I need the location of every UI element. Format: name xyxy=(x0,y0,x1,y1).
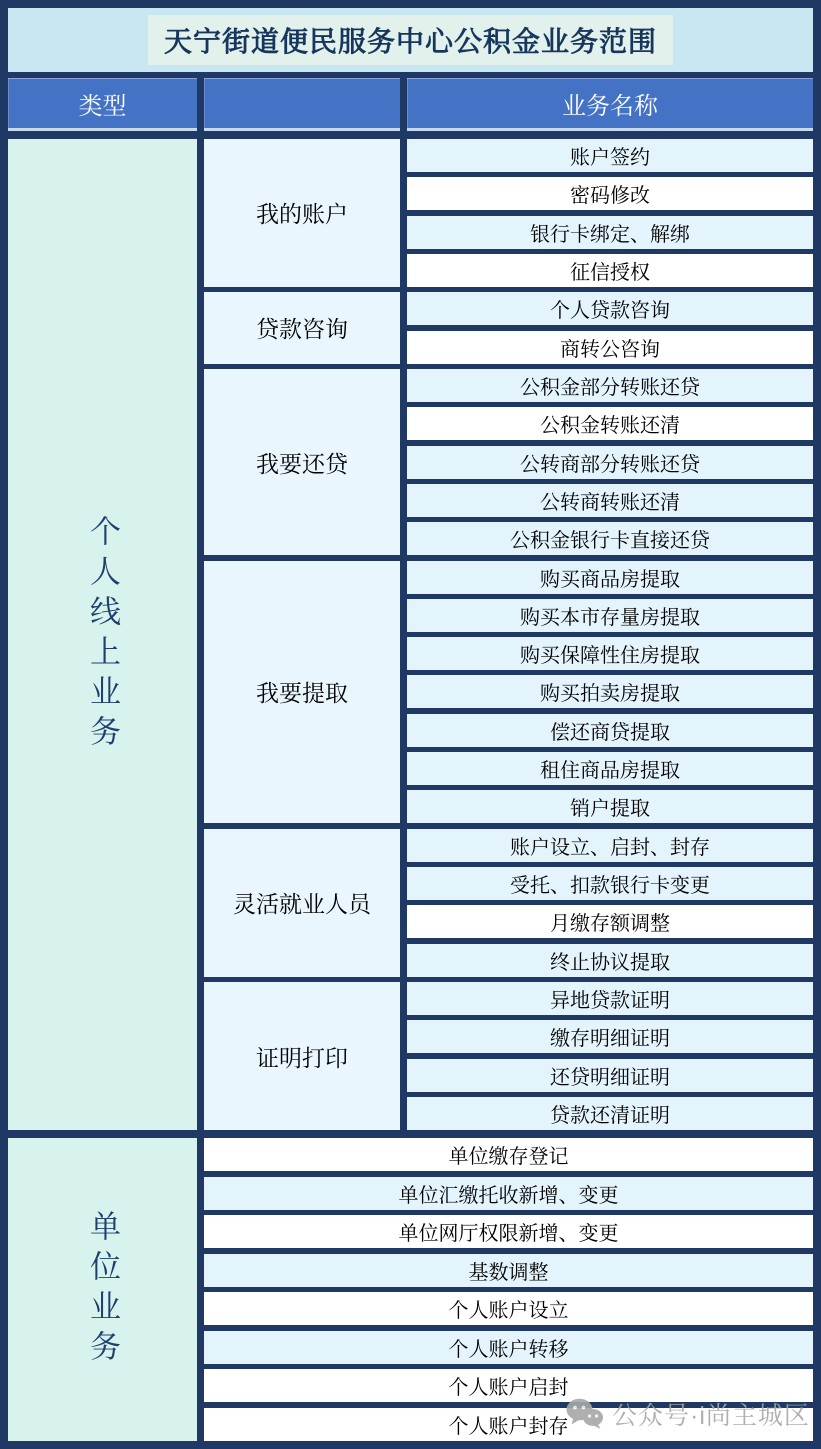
service-cell: 基数调整 xyxy=(204,1254,813,1287)
service-cell: 购买商品房提取 xyxy=(407,561,813,594)
group-withdraw: 我要提取 购买商品房提取 购买本市存量房提取 购买保障性住房提取 购买拍卖房提取… xyxy=(204,561,813,824)
service-cell: 公积金转账还清 xyxy=(407,407,813,440)
table-frame: 天宁街道便民服务中心公积金业务范围 类型 业务名称 个人线上业务 我的账户 账户… xyxy=(0,0,821,1449)
service-cell: 公积金部分转账还贷 xyxy=(407,369,813,402)
header-business-name: 业务名称 xyxy=(407,78,813,131)
service-cell: 公转商转账还清 xyxy=(407,484,813,517)
service-cell: 购买拍卖房提取 xyxy=(407,675,813,708)
watermark-text: 公众号·i尚主城区 xyxy=(612,1396,810,1432)
group-label: 贷款咨询 xyxy=(204,292,400,363)
group-label: 我的账户 xyxy=(204,139,400,287)
header-middle xyxy=(204,78,400,131)
service-cell: 商转公咨询 xyxy=(407,331,813,364)
service-scope-table: 天宁街道便民服务中心公积金业务范围 类型 业务名称 个人线上业务 我的账户 账户… xyxy=(0,0,821,1449)
group-items: 公积金部分转账还贷 公积金转账还清 公转商部分转账还贷 公转商转账还清 公积金银… xyxy=(407,369,813,555)
group-items: 异地贷款证明 缴存明细证明 还贷明细证明 贷款还清证明 xyxy=(407,982,813,1130)
service-cell: 账户设立、启封、封存 xyxy=(407,829,813,862)
page-title: 天宁街道便民服务中心公积金业务范围 xyxy=(148,15,673,65)
wechat-icon xyxy=(566,1398,604,1430)
service-cell: 租住商品房提取 xyxy=(407,752,813,785)
service-cell: 个人账户转移 xyxy=(204,1331,813,1364)
group-label: 灵活就业人员 xyxy=(204,829,400,977)
group-my-account: 我的账户 账户签约 密码修改 银行卡绑定、解绑 征信授权 xyxy=(204,139,813,287)
section-label-personal: 个人线上业务 xyxy=(8,139,197,1130)
personal-groups: 我的账户 账户签约 密码修改 银行卡绑定、解绑 征信授权 贷款咨询 个人贷款咨询… xyxy=(204,139,813,1130)
service-cell: 公积金银行卡直接还贷 xyxy=(407,522,813,555)
service-cell: 贷款还清证明 xyxy=(407,1097,813,1130)
service-cell: 征信授权 xyxy=(407,254,813,287)
service-cell: 购买本市存量房提取 xyxy=(407,599,813,632)
service-cell: 个人贷款咨询 xyxy=(407,292,813,325)
table-body: 个人线上业务 我的账户 账户签约 密码修改 银行卡绑定、解绑 征信授权 贷款咨询 xyxy=(8,139,813,1441)
group-label: 证明打印 xyxy=(204,982,400,1130)
service-cell: 密码修改 xyxy=(407,177,813,210)
section-personal-online: 个人线上业务 我的账户 账户签约 密码修改 银行卡绑定、解绑 征信授权 贷款咨询 xyxy=(8,139,813,1130)
group-items: 个人贷款咨询 商转公咨询 xyxy=(407,292,813,363)
group-items: 购买商品房提取 购买本市存量房提取 购买保障性住房提取 购买拍卖房提取 偿还商贷… xyxy=(407,561,813,824)
service-cell: 异地贷款证明 xyxy=(407,982,813,1015)
group-loan-consult: 贷款咨询 个人贷款咨询 商转公咨询 xyxy=(204,292,813,363)
service-cell: 单位缴存登记 xyxy=(204,1138,813,1171)
service-cell: 销户提取 xyxy=(407,790,813,823)
service-cell: 单位汇缴托收新增、变更 xyxy=(204,1177,813,1210)
service-cell: 公转商部分转账还贷 xyxy=(407,446,813,479)
service-cell: 单位网厅权限新增、变更 xyxy=(204,1215,813,1248)
service-cell: 银行卡绑定、解绑 xyxy=(407,216,813,249)
service-cell: 缴存明细证明 xyxy=(407,1020,813,1053)
title-bar: 天宁街道便民服务中心公积金业务范围 xyxy=(8,8,813,72)
service-cell: 月缴存额调整 xyxy=(407,905,813,938)
service-cell: 账户签约 xyxy=(407,139,813,172)
service-cell: 终止协议提取 xyxy=(407,944,813,977)
table-header: 类型 业务名称 xyxy=(8,78,813,131)
group-certificate-print: 证明打印 异地贷款证明 缴存明细证明 还贷明细证明 贷款还清证明 xyxy=(204,982,813,1130)
service-cell: 偿还商贷提取 xyxy=(407,714,813,747)
group-label: 我要还贷 xyxy=(204,369,400,555)
service-cell: 购买保障性住房提取 xyxy=(407,637,813,670)
header-type: 类型 xyxy=(8,78,197,131)
group-items: 账户签约 密码修改 银行卡绑定、解绑 征信授权 xyxy=(407,139,813,287)
service-cell: 个人账户设立 xyxy=(204,1292,813,1325)
watermark: 公众号·i尚主城区 xyxy=(566,1396,810,1432)
group-repay-loan: 我要还贷 公积金部分转账还贷 公积金转账还清 公转商部分转账还贷 公转商转账还清… xyxy=(204,369,813,555)
section-label-unit: 单位业务 xyxy=(8,1138,197,1441)
group-flexible-employment: 灵活就业人员 账户设立、启封、封存 受托、扣款银行卡变更 月缴存额调整 终止协议… xyxy=(204,829,813,977)
service-cell: 还贷明细证明 xyxy=(407,1059,813,1092)
service-cell: 受托、扣款银行卡变更 xyxy=(407,867,813,900)
group-items: 账户设立、启封、封存 受托、扣款银行卡变更 月缴存额调整 终止协议提取 xyxy=(407,829,813,977)
group-label: 我要提取 xyxy=(204,561,400,824)
